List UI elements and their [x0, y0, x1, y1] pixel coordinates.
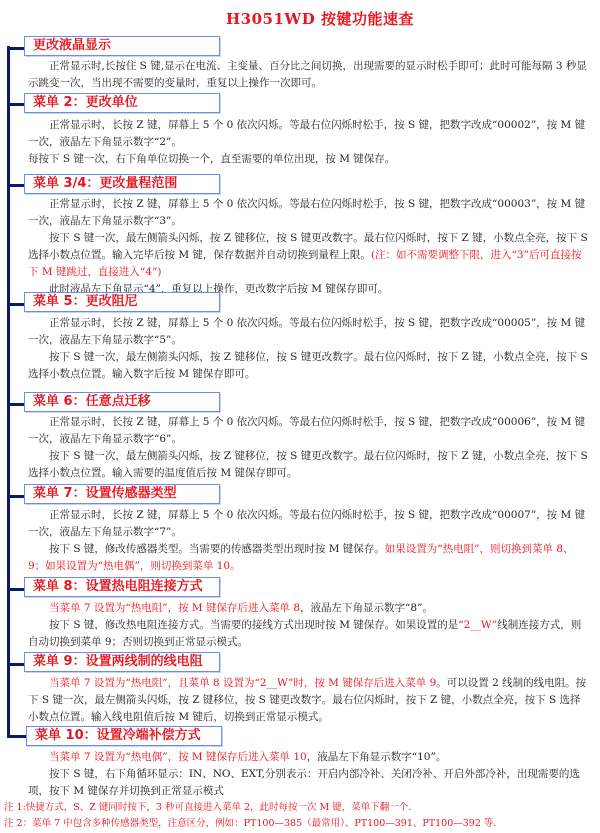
paragraph-text: ，液晶左下角显示数字“8”。: [300, 602, 433, 614]
section-heading-menu-7: 菜单 7：设置传感器类型: [24, 484, 220, 504]
paragraph-text: 按下 S 键一次，最左侧箭头闪烁，按 Z 键移位，按 S 键更改数字。最右位闪烁…: [28, 351, 588, 380]
section-body-menu-10: 当菜单 7 设置为“热电偶”，按 M 键保存后进入菜单 10，液晶左下角显示数字…: [28, 749, 590, 800]
bracket-tick: [7, 47, 25, 50]
section-heading-menu-3-4: 菜单 3/4：更改量程范围: [24, 174, 220, 194]
emphasis-text: “2__W”: [458, 619, 497, 631]
section-body-lcd-display: 正常显示时,长按住 S 键,显示在电流、主变量、百分比之间切换，出现需要的显示时…: [28, 58, 590, 92]
paragraph: 按下 S 键一次，最左侧箭头闪烁，按 Z 键移位，按 S 键更改数字。最右位闪烁…: [28, 448, 590, 482]
paragraph: 当菜单 7 设置为“热电阻”，按 M 键保存后进入菜单 8，液晶左下角显示数字“…: [28, 600, 590, 617]
section-heading-lcd-display: 更改液晶显示: [24, 36, 220, 56]
paragraph-text: 按下 S 键，右下角循环显示：IN、NO、EXT,分别表示：开启内部冷补、关闭冷…: [28, 768, 580, 797]
paragraph: 正常显示时，长按 Z 键，屏幕上 5 个 0 依次闪烁。等最右位闪烁时松手，按 …: [28, 315, 590, 349]
paragraph: 当菜单 7 设置为“热电阻”，且菜单 8 设置为“2__W”时，按 M 键保存后…: [28, 675, 590, 726]
bracket-tick: [7, 103, 25, 106]
paragraph-text: 正常显示时，长按 Z 键，屏幕上 5 个 0 依次闪烁。等最右位闪烁时松手，按 …: [28, 317, 585, 346]
paragraph-text: 正常显示时,长按住 S 键,显示在电流、主变量、百分比之间切换，出现需要的显示时…: [28, 60, 587, 89]
section-bracket-line: [7, 46, 10, 737]
footnote-2: 注 2：菜单 7 中包含多种传感器类型，注意区分，例如：PT100—385（最常…: [4, 816, 594, 832]
footnote-1: 注 1:快捷方式，S、Z 键同时按下，3 秒可直接进入菜单 2，此时每按一次 M…: [4, 800, 594, 816]
section-heading-menu-5: 菜单 5：更改阻尼: [24, 292, 220, 312]
bracket-tick: [7, 495, 25, 498]
paragraph: 正常显示时，长按 Z 键，屏幕上 5 个 0 依次闪烁。等最右位闪烁时松手，按 …: [28, 414, 590, 448]
paragraph-text: 按下 S 键，修改热电阻连接方式。当需要的接线方式出现时按 M 键保存。如果设置…: [49, 619, 458, 631]
bracket-tick: [7, 303, 25, 306]
section-body-menu-9: 当菜单 7 设置为“热电阻”，且菜单 8 设置为“2__W”时，按 M 键保存后…: [28, 675, 590, 726]
paragraph-text: 正常显示时，长按 Z 键，屏幕上 5 个 0 依次闪烁。等最右位闪烁时松手，按 …: [28, 416, 585, 445]
section-heading-menu-8: 菜单 8：设置热电阻连接方式: [24, 577, 220, 597]
section-body-menu-7: 正常显示时，长按 Z 键，屏幕上 5 个 0 依次闪烁。等最右位闪烁时松手，按 …: [28, 507, 590, 575]
paragraph-text: 按下 S 键，修改传感器类型。当需要的传感器类型出现时按 M 键保存。: [49, 543, 385, 555]
section-body-menu-6: 正常显示时，长按 Z 键，屏幕上 5 个 0 依次闪烁。等最右位闪烁时松手，按 …: [28, 414, 590, 482]
paragraph-text: 正常显示时，长按 Z 键，屏幕上 5 个 0 依次闪烁。等最右位闪烁时松手，按 …: [28, 119, 585, 148]
paragraph-text: 正常显示时，长按 Z 键，屏幕上 5 个 0 依次闪烁。等最右位闪烁时松手，按 …: [28, 198, 585, 227]
paragraph: 正常显示时,长按住 S 键,显示在电流、主变量、百分比之间切换，出现需要的显示时…: [28, 58, 590, 92]
page-title: H3051WD 按键功能速查: [0, 8, 600, 29]
section-heading-menu-10: 菜单 10：设置冷端补偿方式: [26, 726, 222, 746]
bracket-tick: [7, 403, 25, 406]
paragraph: 按下 S 键，右下角循环显示：IN、NO、EXT,分别表示：开启内部冷补、关闭冷…: [28, 766, 590, 800]
paragraph-text: 正常显示时，长按 Z 键，屏幕上 5 个 0 依次闪烁。等最右位闪烁时松手，按 …: [28, 509, 585, 538]
paragraph: 正常显示时，长按 Z 键，屏幕上 5 个 0 依次闪烁。等最右位闪烁时松手，按 …: [28, 196, 590, 230]
paragraph-text: ，液晶左下角显示数字“10”。: [307, 751, 447, 763]
paragraph: 正常显示时，长按 Z 键，屏幕上 5 个 0 依次闪烁。等最右位闪烁时松手，按 …: [28, 117, 590, 151]
section-heading-menu-6: 菜单 6：任意点迁移: [24, 392, 220, 412]
bracket-tick: [7, 588, 25, 591]
section-heading-menu-2: 菜单 2：更改单位: [24, 93, 220, 113]
paragraph: 正常显示时，长按 Z 键，屏幕上 5 个 0 依次闪烁。等最右位闪烁时松手，按 …: [28, 507, 590, 541]
paragraph: 当菜单 7 设置为“热电偶”，按 M 键保存后进入菜单 10，液晶左下角显示数字…: [28, 749, 590, 766]
emphasis-text: 当菜单 7 设置为“热电偶”，按 M 键保存后进入菜单 10: [49, 751, 307, 763]
bracket-tick: [7, 663, 25, 666]
section-body-menu-5: 正常显示时，长按 Z 键，屏幕上 5 个 0 依次闪烁。等最右位闪烁时松手，按 …: [28, 315, 590, 383]
paragraph-text: 每按下 S 键一次，右下角单位切换一个，直至需要的单位出现，按 M 键保存。: [28, 153, 395, 165]
paragraph: 按下 S 键，修改热电阻连接方式。当需要的接线方式出现时按 M 键保存。如果设置…: [28, 617, 590, 651]
bracket-tick: [7, 735, 27, 738]
paragraph: 按下 S 键，修改传感器类型。当需要的传感器类型出现时按 M 键保存。如果设置为…: [28, 541, 590, 575]
paragraph: 每按下 S 键一次，右下角单位切换一个，直至需要的单位出现，按 M 键保存。: [28, 151, 590, 168]
emphasis-text: 当菜单 7 设置为“热电阻”，且菜单 8 设置为“2__W”时，按 M 键保存后…: [49, 677, 436, 689]
section-heading-menu-9: 菜单 9：设置两线制的线电阻: [24, 652, 220, 672]
emphasis-text: 当菜单 7 设置为“热电阻”，按 M 键保存后进入菜单 8: [49, 602, 300, 614]
section-body-menu-8: 当菜单 7 设置为“热电阻”，按 M 键保存后进入菜单 8，液晶左下角显示数字“…: [28, 600, 590, 651]
bracket-tick: [7, 184, 25, 187]
section-body-menu-3-4: 正常显示时，长按 Z 键，屏幕上 5 个 0 依次闪烁。等最右位闪烁时松手，按 …: [28, 196, 590, 298]
paragraph-text: 按下 S 键一次，最左侧箭头闪烁，按 Z 键移位，按 S 键更改数字。最右位闪烁…: [28, 450, 588, 479]
paragraph: 按下 S 键一次，最左侧箭头闪烁，按 Z 键移位，按 S 键更改数字。最右位闪烁…: [28, 230, 590, 281]
paragraph: 按下 S 键一次，最左侧箭头闪烁，按 Z 键移位，按 S 键更改数字。最右位闪烁…: [28, 349, 590, 383]
section-body-menu-2: 正常显示时，长按 Z 键，屏幕上 5 个 0 依次闪烁。等最右位闪烁时松手，按 …: [28, 117, 590, 168]
